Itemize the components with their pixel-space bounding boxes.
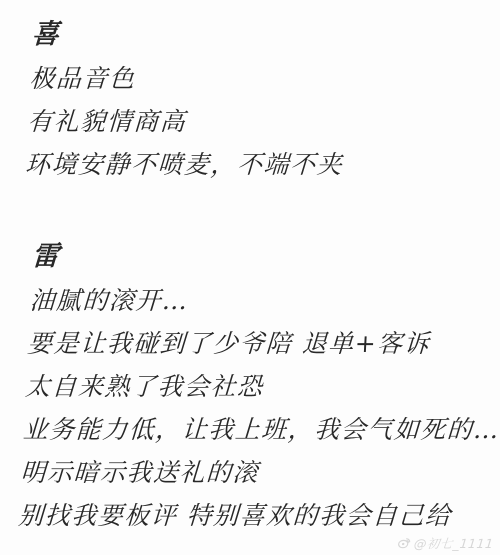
watermark: @初七_1111: [396, 534, 494, 552]
likes-line-1: 极品音色: [28, 57, 487, 100]
dislikes-line-5: 明示暗示我送礼的滚: [19, 451, 478, 494]
dislikes-line-1: 油腻的滚开…: [28, 279, 487, 322]
likes-line-2: 有礼貌情商高: [26, 100, 485, 143]
likes-heading: 喜: [31, 13, 490, 57]
dislikes-line-6: 别找我要板评 特别喜欢的我会自己给: [17, 494, 476, 537]
watermark-handle: @初七_1111: [413, 534, 494, 552]
section-dislikes: 雷 油腻的滚开… 要是让我碰到了少爷陪 退单+客诉 太自来熟了我会社恐 业务能力…: [17, 235, 490, 537]
section-likes: 喜 极品音色 有礼貌情商高 环境安静不喷麦，不端不夹: [24, 13, 490, 186]
dislikes-line-3: 太自来熟了我会社恐: [24, 365, 483, 408]
dislikes-line-4: 业务能力低，让我上班，我会气如死的…: [22, 408, 481, 451]
handwritten-note: 喜 极品音色 有礼貌情商高 环境安静不喷麦，不端不夹 雷 油腻的滚开… 要是让我…: [0, 0, 500, 555]
dislikes-line-2: 要是让我碰到了少爷陪 退单+客诉: [26, 322, 485, 365]
weibo-logo-icon: [397, 536, 412, 550]
likes-line-3: 环境安静不喷麦，不端不夹: [24, 143, 483, 186]
dislikes-heading: 雷: [31, 235, 490, 279]
